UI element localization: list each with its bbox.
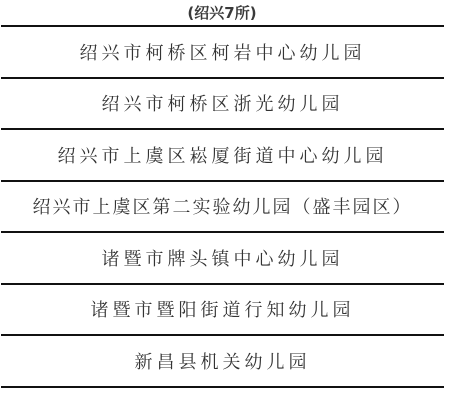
table-row: 绍兴市柯桥区柯岩中心幼儿园 [1,27,444,79]
kindergarten-name: 诸暨市暨阳街道行知幼儿园 [91,296,355,322]
kindergarten-table: 绍兴市柯桥区柯岩中心幼儿园 绍兴市柯桥区浙光幼儿园 绍兴市上虞区崧厦街道中心幼儿… [1,25,444,388]
table-row: 绍兴市柯桥区浙光幼儿园 [1,79,444,131]
kindergarten-name: 绍兴市柯桥区浙光幼儿园 [102,90,344,116]
kindergarten-name: 新昌县机关幼儿园 [135,348,311,374]
table-row: 绍兴市上虞区崧厦街道中心幼儿园 [1,130,444,182]
table-row: 诸暨市暨阳街道行知幼儿园 [1,285,444,337]
table-row: 新昌县机关幼儿园 [1,336,444,388]
table-row: 诸暨市牌头镇中心幼儿园 [1,233,444,285]
kindergarten-name: 绍兴市柯桥区柯岩中心幼儿园 [80,39,366,65]
kindergarten-name: 绍兴市上虞区崧厦街道中心幼儿园 [58,142,388,168]
kindergarten-name: 诸暨市牌头镇中心幼儿园 [102,245,344,271]
kindergarten-name: 绍兴市上虞区第二实验幼儿园（盛丰园区） [33,193,413,219]
section-caption: (绍兴7所) [0,0,444,26]
table-row: 绍兴市上虞区第二实验幼儿园（盛丰园区） [1,182,444,234]
